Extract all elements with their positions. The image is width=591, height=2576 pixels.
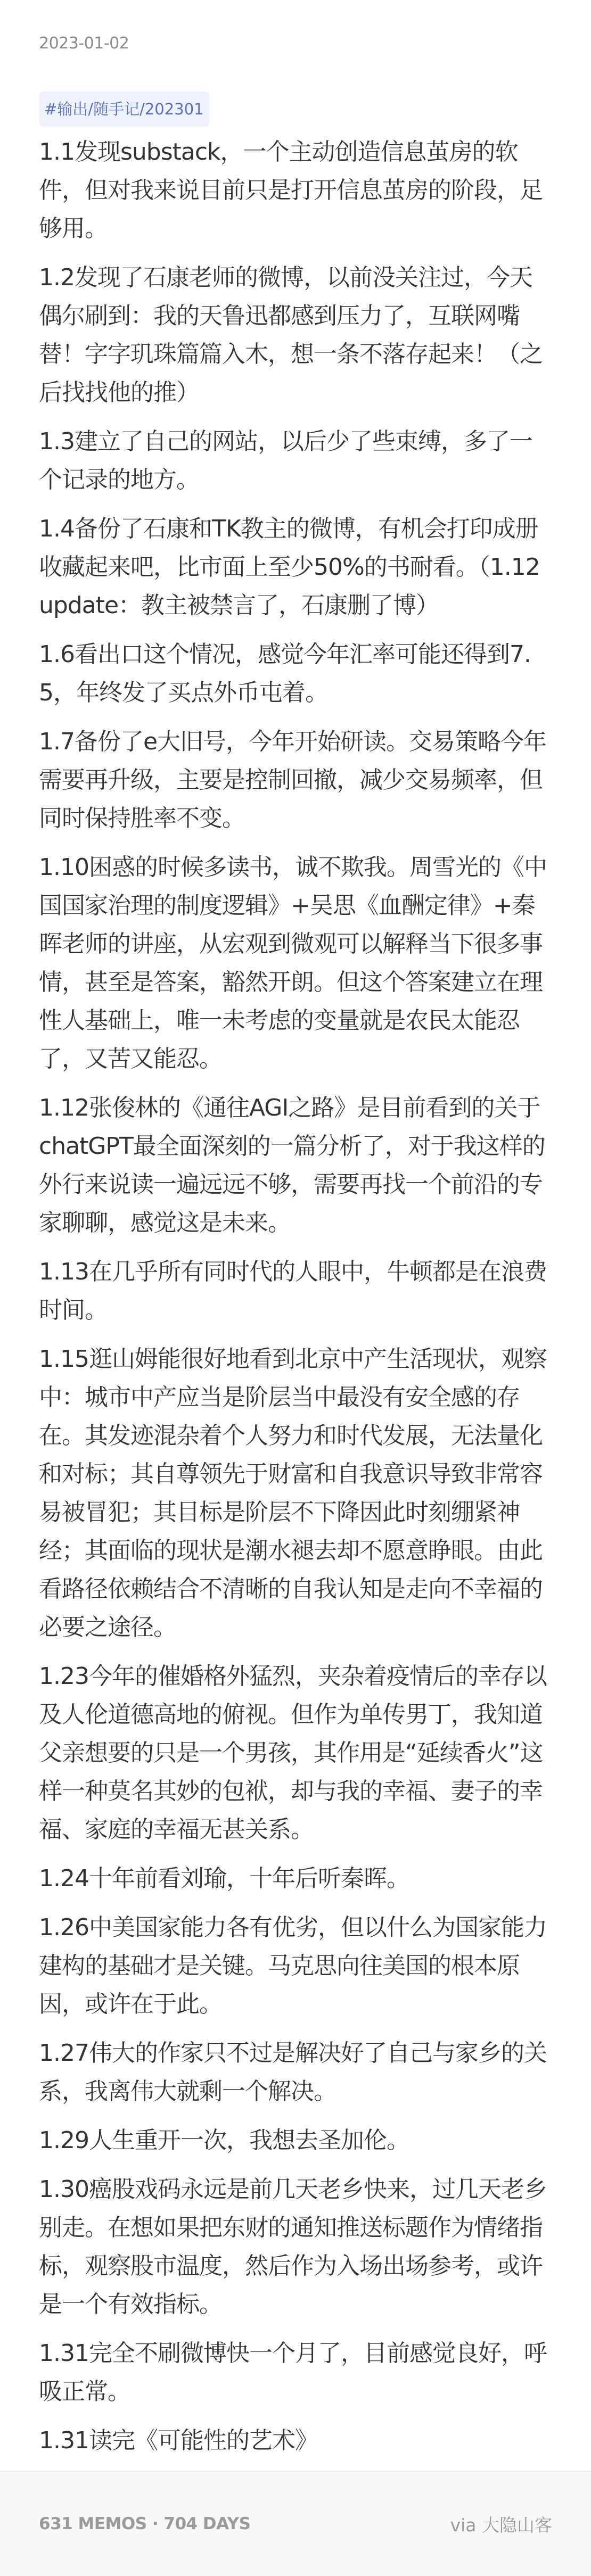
memo-paragraph: 1.3建立了自己的网站，以后少了些束缚，多了一个记录的地方。 — [39, 423, 552, 499]
memo-paragraph: 1.24十年前看刘瑜，十年后听秦晖。 — [39, 1860, 552, 1898]
memo-paragraph: 1.6看出口这个情况，感觉今年汇率可能还得到7.5，年终发了买点外币屯着。 — [39, 635, 552, 712]
memo-paragraph: 1.27伟大的作家只不过是解决好了自己与家乡的关系，我离伟大就剩一个解决。 — [39, 2034, 552, 2111]
memo-paragraph: 1.10困惑的时候多读书，诚不欺我。周雪光的《中国国家治理的制度逻辑》+吴思《血… — [39, 848, 552, 1078]
memo-paragraph: 1.7备份了e大旧号，今年开始研读。交易策略今年需要再升级，主要是控制回撤，减少… — [39, 723, 552, 838]
memo-paragraph: 1.29人生重开一次，我想去圣加伦。 — [39, 2121, 552, 2160]
memo-paragraph: 1.23今年的催婚格外猛烈，夹杂着疫情后的幸存以及人伦道德高地的俯视。但作为单传… — [39, 1657, 552, 1849]
memo-paragraph: 1.30癌股戏码永远是前几天老乡快来，过几天老乡别走。在想如果把东财的通知推送标… — [39, 2170, 552, 2324]
memo-stats: 631 MEMOS · 704 DAYS — [39, 2514, 250, 2533]
memo-date: 2023-01-02 — [39, 0, 552, 54]
memo-paragraph: 1.1发现substack，一个主动创造信息茧房的软件，但对我来说目前只是打开信… — [39, 133, 552, 248]
memo-paragraph: 1.2发现了石康老师的微博，以前没关注过，今天偶尔刷到：我的天鲁迅都感到压力了，… — [39, 259, 552, 412]
memo-paragraph: 1.31读完《可能性的艺术》 — [39, 2422, 552, 2460]
footer: 631 MEMOS · 704 DAYS via 大隐山客 — [0, 2471, 591, 2576]
tag-row: #输出/随手记/202301 — [39, 92, 552, 127]
memo-paragraph: 1.12张俊林的《通往AGI之路》是目前看到的关于chatGPT最全面深刻的一篇… — [39, 1089, 552, 1242]
memo-list: 1.1发现substack，一个主动创造信息茧房的软件，但对我来说目前只是打开信… — [39, 133, 552, 2460]
author-credit: via 大隐山客 — [450, 2512, 552, 2537]
memo-paragraph: 1.31完全不刷微博快一个月了，目前感觉良好，呼吸正常。 — [39, 2334, 552, 2411]
memo-tag[interactable]: #输出/随手记/202301 — [39, 92, 209, 127]
memo-paragraph: 1.4备份了石康和TK教主的微博，有机会打印成册收藏起来吧，比市面上至少50%的… — [39, 510, 552, 625]
memo-paragraph: 1.15逛山姆能很好地看到北京中产生活现状，观察中：城市中产应当是阶层当中最没有… — [39, 1340, 552, 1647]
memo-paragraph: 1.13在几乎所有同时代的人眼中，牛顿都是在浪费时间。 — [39, 1253, 552, 1330]
memo-card: 2023-01-02 #输出/随手记/202301 1.1发现substack，… — [0, 0, 591, 2460]
memo-paragraph: 1.26中美国家能力各有优劣，但以什么为国家能力建构的基础才是关键。马克思向往美… — [39, 1909, 552, 2024]
